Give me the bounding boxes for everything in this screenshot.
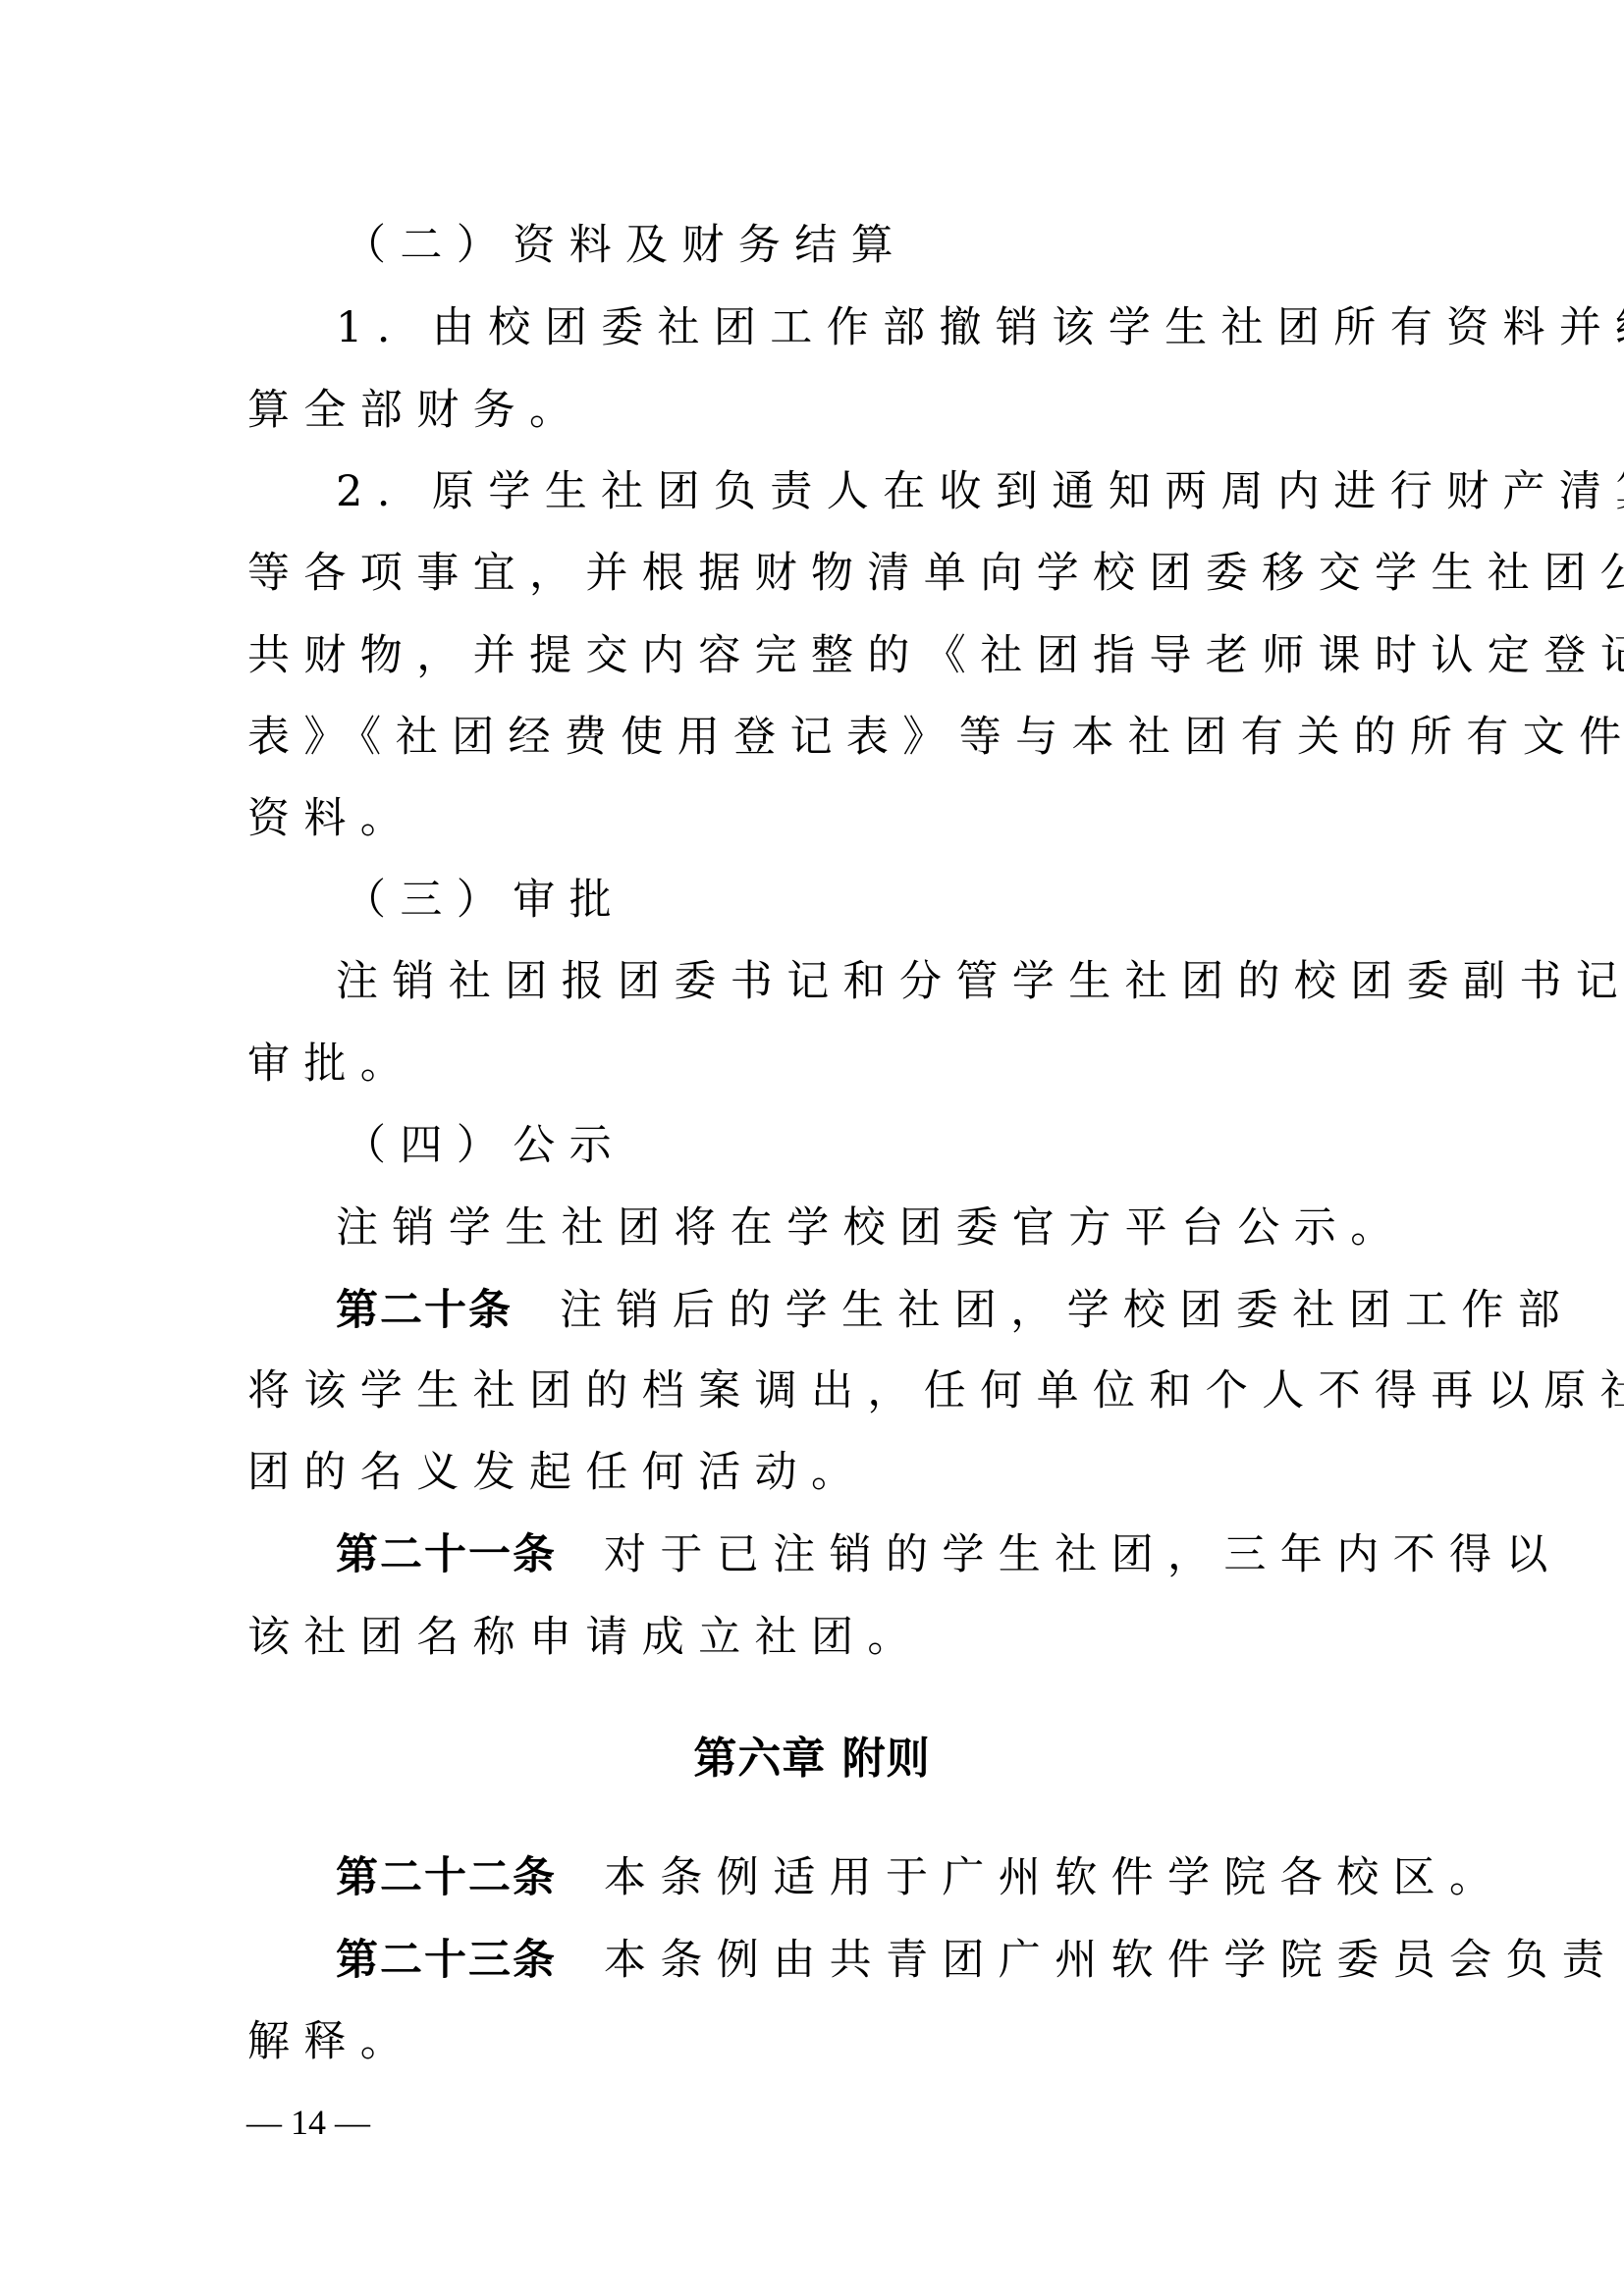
section-heading-announcement: （四）公示 <box>344 1104 1473 1187</box>
article-text: 本条例由共青团广州软件学院委员会负责 <box>604 1936 1618 1985</box>
paragraph-line: 2. 原学生社团负责人在收到通知两周内进行财产清算 <box>336 451 1465 533</box>
paragraph-line: 注销学生社团将在学校团委官方平台公示。 <box>336 1187 1465 1269</box>
paragraph-line: 注销社团报团委书记和分管学生社团的校团委副书记 <box>336 940 1465 1023</box>
paragraph-line: 团的名义发起任何活动。 <box>247 1431 1377 1514</box>
paragraph-line: 1. 由校团委社团工作部撤销该学生社团所有资料并结 <box>336 287 1465 369</box>
paragraph-line: 将该学生社团的档案调出，任何单位和个人不得再以原社 <box>247 1350 1377 1432</box>
article-23: 第二十三条本条例由共青团广州软件学院委员会负责 <box>336 1919 1465 2002</box>
page-number: — 14 — <box>246 2101 370 2144</box>
paragraph-line: 审批。 <box>247 1023 1377 1105</box>
article-20: 第二十条注销后的学生社团，学校团委社团工作部 <box>336 1269 1465 1352</box>
paragraph-line: 资料。 <box>247 777 1377 860</box>
paragraph-line: 算全部财务。 <box>247 369 1377 452</box>
section-heading-financial-settlement: （二）资料及财务结算 <box>344 204 1473 287</box>
document-page: （二）资料及财务结算 1. 由校团委社团工作部撤销该学生社团所有资料并结 算全部… <box>0 0 1624 2296</box>
article-label: 第二十一条 <box>336 1530 557 1579</box>
article-label: 第二十二条 <box>336 1853 557 1902</box>
article-label: 第二十条 <box>336 1286 513 1335</box>
article-21: 第二十一条对于已注销的学生社团，三年内不得以 <box>336 1514 1465 1596</box>
article-text: 本条例适用于广州软件学院各校区。 <box>604 1853 1505 1902</box>
paragraph-line: 表》《社团经费使用登记表》等与本社团有关的所有文件 <box>247 696 1377 778</box>
chapter-heading: 第六章 附则 <box>0 1718 1624 1800</box>
paragraph-line: 等各项事宜，并根据财物清单向学校团委移交学生社团公 <box>247 532 1377 614</box>
article-text: 对于已注销的学生社团，三年内不得以 <box>604 1530 1562 1579</box>
section-heading-approval: （三）审批 <box>344 859 1473 941</box>
article-label: 第二十三条 <box>336 1936 557 1985</box>
article-22: 第二十二条本条例适用于广州软件学院各校区。 <box>336 1837 1465 1919</box>
paragraph-line: 解释。 <box>247 2001 1377 2083</box>
paragraph-line: 该社团名称申请成立社团。 <box>247 1596 1377 1679</box>
paragraph-line: 共财物，并提交内容完整的《社团指导老师课时认定登记 <box>247 614 1377 697</box>
article-text: 注销后的学生社团，学校团委社团工作部 <box>560 1286 1574 1335</box>
